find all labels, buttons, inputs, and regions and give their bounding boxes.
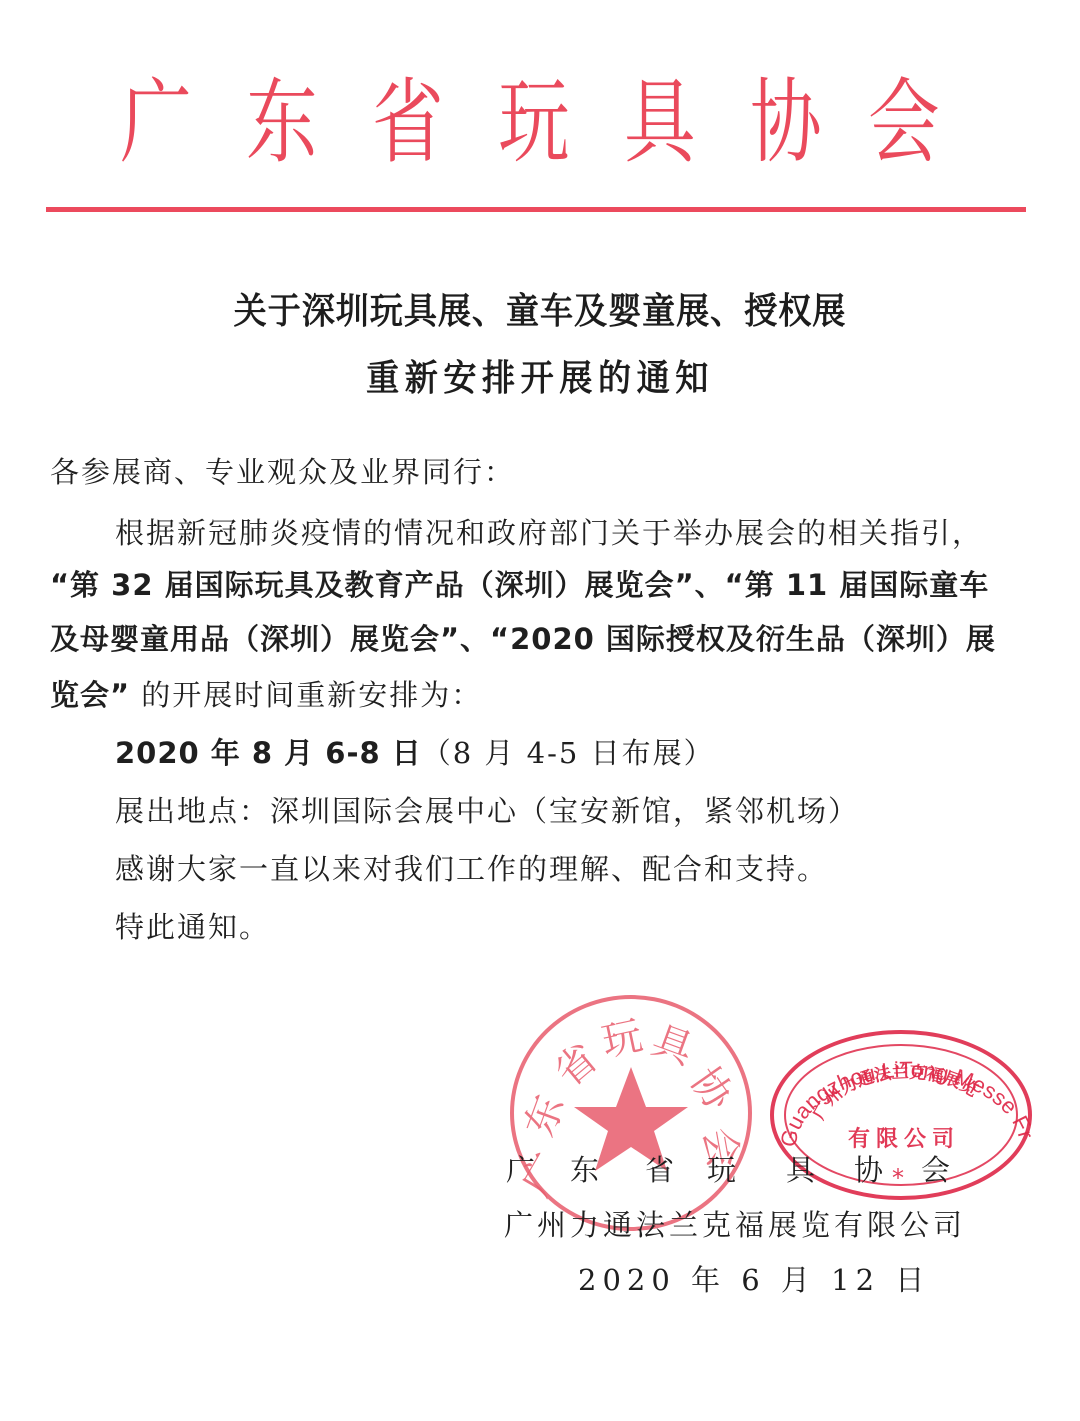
letterhead-char: 东 <box>246 68 318 178</box>
exhibition-names-line2: 及母婴童用品（深圳）展览会”、“2020 国际授权及衍生品（深圳）展 <box>50 617 996 658</box>
thanks-line: 感谢大家一直以来对我们工作的理解、配合和支持。 <box>115 847 828 888</box>
signature-date: 2020 年 6 月 12 日 <box>578 1258 930 1299</box>
svg-text:具: 具 <box>646 1017 701 1075</box>
signature-org1-char: 具 <box>786 1148 815 1189</box>
salutation: 各参展商、专业观众及业界同行： <box>50 450 515 491</box>
svg-text:玩: 玩 <box>598 1013 647 1066</box>
paragraph-tail: 的开展时间重新安排为： <box>130 678 482 712</box>
exhibition-names-line3: 览会” 的开展时间重新安排为： <box>50 673 482 714</box>
setup-dates: （8 月 4-5 日布展） <box>422 736 715 770</box>
letterhead-char: 广 <box>120 68 192 178</box>
show-dates: 2020 年 8 月 6-8 日 <box>115 736 422 770</box>
svg-text:*: * <box>892 1164 904 1192</box>
schedule-line: 2020 年 8 月 6-8 日（8 月 4-5 日布展） <box>115 731 715 772</box>
paragraph-intro: 根据新冠肺炎疫情的情况和政府部门关于举办展会的相关指引， <box>115 511 983 552</box>
letterhead-char: 省 <box>372 68 444 178</box>
exhibition-names-end: 览会” <box>50 678 130 712</box>
letterhead-char: 协 <box>750 68 822 178</box>
signature-org1-char: 会 <box>921 1148 950 1189</box>
signature-org1-char: 省 <box>645 1148 674 1189</box>
signature-org2: 广州力通法兰克福展览有限公司 <box>504 1203 966 1244</box>
association-seal-stamp: 广 东 省 玩 具 协 会 <box>510 995 752 1231</box>
signature-org1-char: 协 <box>854 1148 883 1189</box>
document-title-line2: 重新安排开展的通知 <box>43 350 1037 401</box>
svg-text:东: 东 <box>517 1089 574 1142</box>
signature-org1-char: 广 <box>506 1148 535 1189</box>
seal-star-icon: 广 东 省 玩 具 协 会 <box>514 999 756 1235</box>
letterhead-char: 会 <box>868 68 940 178</box>
letterhead: 广 东 省 玩 具 协 会 <box>0 68 1080 178</box>
svg-text:省: 省 <box>546 1035 606 1096</box>
closing-line: 特此通知。 <box>115 905 270 946</box>
signature-org1-char: 东 <box>570 1148 599 1189</box>
letterhead-divider <box>46 207 1026 212</box>
signature-org1-char: 玩 <box>707 1148 736 1189</box>
letterhead-char: 玩 <box>498 68 570 178</box>
venue-line: 展出地点：深圳国际会展中心（宝安新馆，紧邻机场） <box>115 789 859 830</box>
letterhead-char: 具 <box>624 68 696 178</box>
document-title-line1: 关于深圳玩具展、童车及婴童展、授权展 <box>43 283 1037 334</box>
exhibition-names-line1: “第 32 届国际玩具及教育产品（深圳）展览会”、“第 11 届国际童车 <box>50 563 989 604</box>
svg-text:协: 协 <box>681 1059 743 1120</box>
